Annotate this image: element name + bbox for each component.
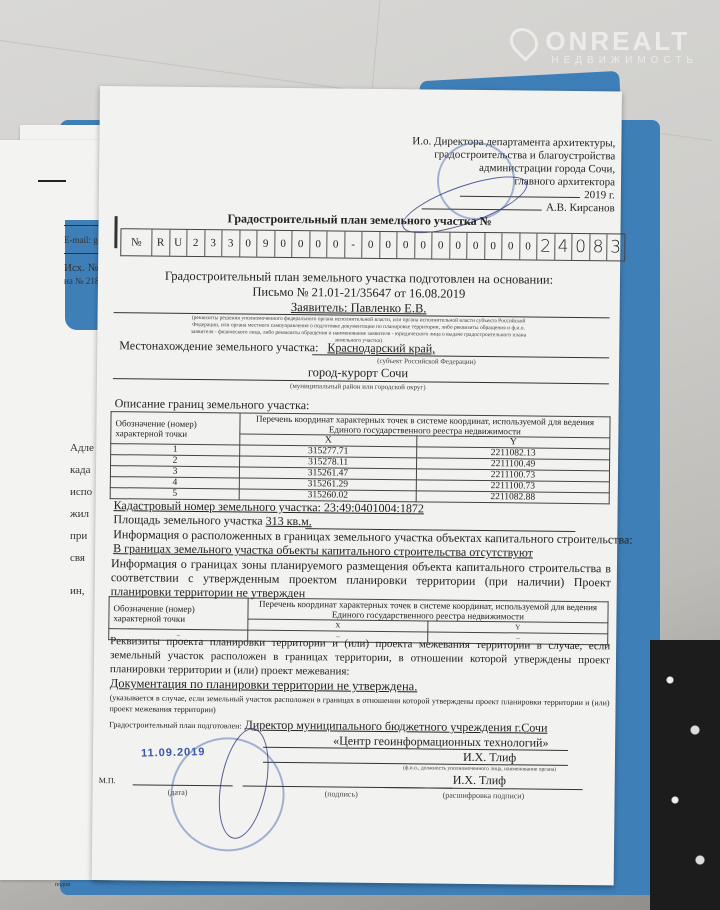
prepared-label: Градостроительный план подготовлен:	[109, 720, 241, 730]
project-caption: (указывается в случае, если земельный уч…	[109, 692, 609, 719]
text-fragment: подпи	[55, 882, 71, 888]
signature-caption: (подпись)	[325, 789, 358, 798]
handwritten-number-cell: 8	[590, 234, 608, 260]
watermark-subtitle: НЕДВИЖИМОСТЬ	[551, 55, 698, 66]
watermark-brand: ONREALT	[545, 26, 690, 57]
handwritten-number-cell: 4	[555, 234, 573, 260]
column-point: Обозначение (номер) характерной точки	[111, 412, 240, 445]
number-cell: 9	[257, 231, 275, 257]
text-fragment: Адле	[70, 442, 94, 454]
text-fragment: испо	[70, 486, 92, 498]
number-cell: 0	[380, 232, 398, 258]
number-cell: 0	[432, 232, 450, 258]
number-cell: 0	[502, 233, 520, 259]
floor-tile-line	[371, 0, 381, 100]
signature-name: И.Х. Тлиф	[453, 773, 506, 789]
number-cell: 0	[485, 233, 503, 259]
number-cell: 0	[310, 231, 328, 257]
text-fragment: жил	[70, 508, 89, 520]
region-caption: (субъект Российской Федерации)	[377, 357, 476, 366]
number-cell: 0	[327, 231, 345, 257]
number-cell: 3	[205, 230, 223, 256]
handwritten-number-cell: 0	[572, 234, 590, 260]
prepared-row: Градостроительный план подготовлен: Дире…	[109, 716, 547, 736]
watermark: ONREALT НЕДВИЖИМОСТЬ	[511, 26, 698, 66]
number-cell: 0	[397, 232, 415, 258]
number-cell: 2	[187, 230, 205, 256]
patterned-fabric	[650, 640, 720, 910]
text-fragment: свя	[70, 552, 85, 564]
plan-number-grid: №RU233090000-000000000024083	[120, 228, 625, 261]
map-pin-home-icon	[505, 22, 545, 62]
signature-name-line	[383, 787, 583, 790]
number-cell: 0	[362, 232, 380, 258]
number-cell: -	[345, 232, 363, 258]
boundary-coordinates-table: Обозначение (номер) характерной точкиПер…	[110, 411, 611, 504]
text-fragment: при	[70, 530, 87, 542]
project-value: Документация по планировки территории не…	[110, 676, 418, 694]
number-cell: 0	[450, 233, 468, 259]
number-cell: 0	[415, 232, 433, 258]
number-cell: 0	[520, 233, 538, 259]
outgoing-number: Исх. №	[64, 262, 98, 274]
number-cell: №	[121, 229, 152, 255]
number-cell: R	[152, 230, 170, 256]
number-cell: U	[170, 230, 188, 256]
column-point: Обозначение (номер) характерной точки	[109, 597, 248, 630]
approval-year: 2019 г.	[584, 189, 615, 201]
number-cell: 0	[467, 233, 485, 259]
urban-planning-document: И.о. Директора департамента архитектуры,…	[92, 86, 622, 885]
tab-marker	[38, 180, 66, 182]
project-requisites: Реквизиты проекта планировки территории …	[110, 634, 610, 681]
location-row: Местонахождение земельного участка: Крас…	[119, 338, 435, 356]
stamp-place: М.П.	[99, 776, 116, 785]
location-label: Местонахождение земельного участка:	[119, 338, 318, 354]
signature-name-caption: (расшифровка подписи)	[443, 791, 525, 801]
text-fragment: ин,	[70, 585, 85, 597]
number-cell: 3	[222, 230, 240, 256]
prepared-by-org: Директор муниципального бюджетного учреж…	[245, 718, 548, 735]
handwritten-number-cell: 3	[607, 234, 624, 260]
area-label: Площадь земельного участка	[113, 512, 262, 528]
location-region: Краснодарский край,	[327, 340, 435, 355]
reply-to-number: на № 218	[64, 276, 99, 286]
area-value: 313 кв.м.	[266, 514, 312, 528]
date-caption: (дата)	[168, 788, 188, 797]
number-cell: 0	[292, 231, 310, 257]
coord-y: 2211082.88	[416, 491, 609, 504]
number-cell: 0	[275, 231, 293, 257]
approval-signer: А.В. Кирсанов	[546, 202, 615, 215]
text-fragment: када	[70, 464, 91, 476]
handwritten-number-cell: 2	[537, 234, 555, 260]
number-cell: 0	[240, 230, 258, 256]
